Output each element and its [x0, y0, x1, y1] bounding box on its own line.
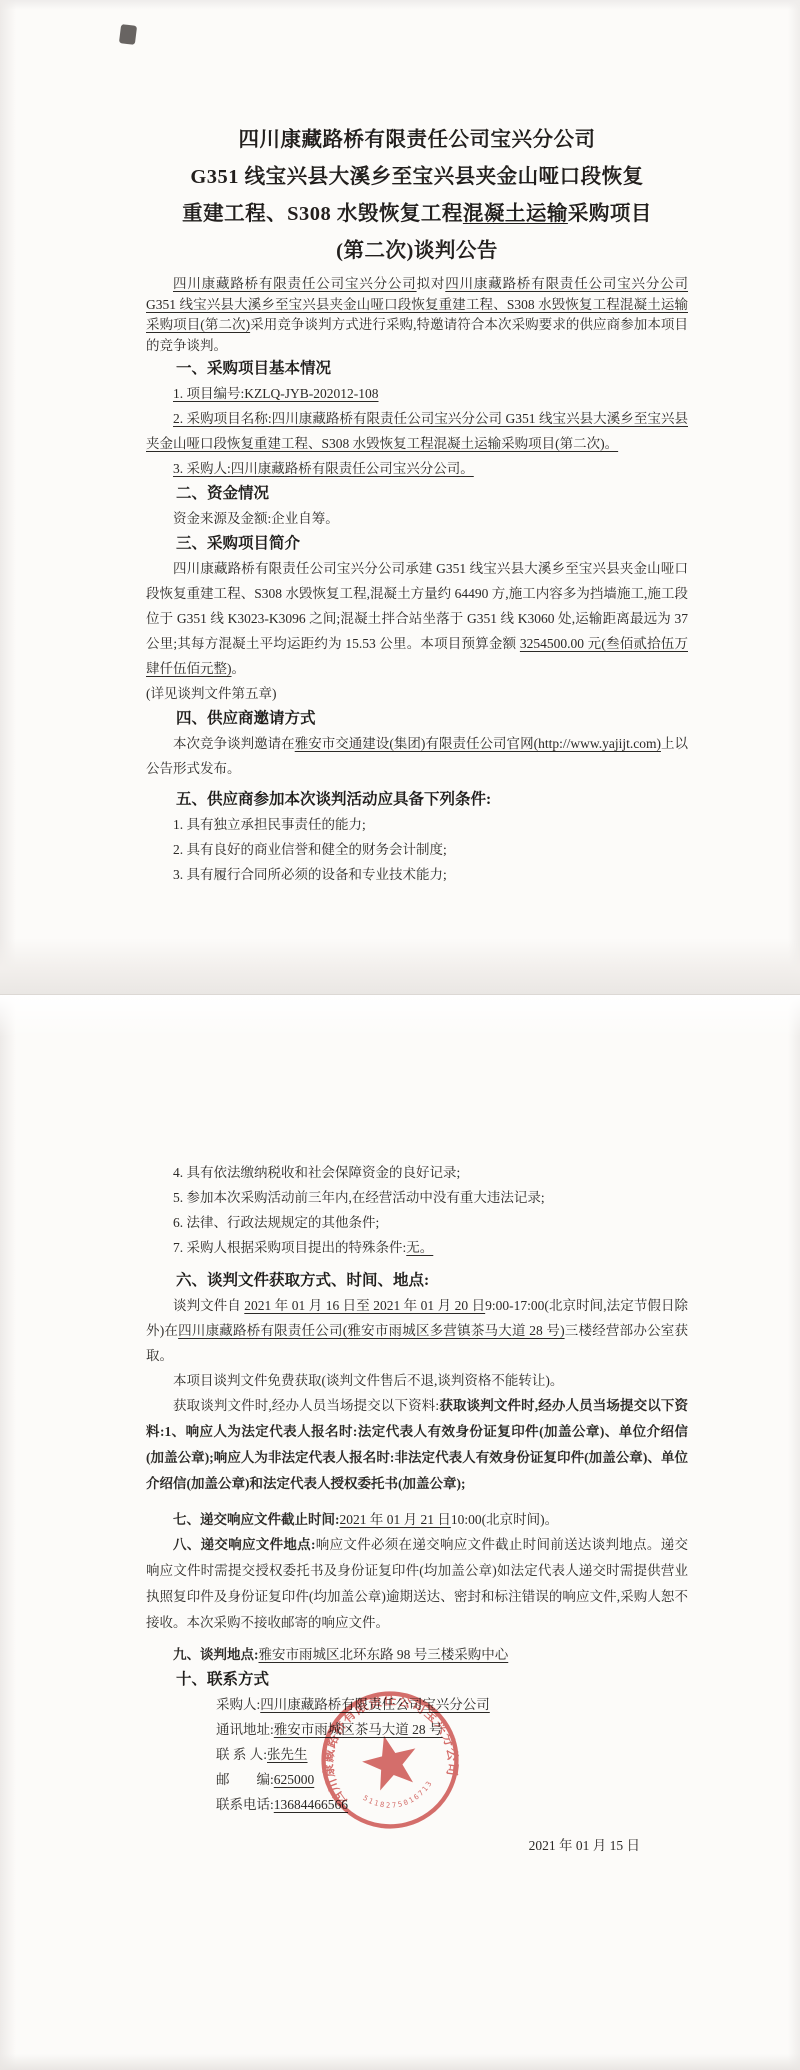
text-segment: 四川康藏路桥有限责任公司宝兴分公司 — [173, 276, 417, 291]
section-1-heading: 一、采购项目基本情况 — [146, 356, 688, 381]
text-segment: 3. 采购人:四川康藏路桥有限责任公司宝兴分公司。 — [173, 461, 474, 476]
text-segment: 获取谈判文件时,经办人员当场提交以下资料: — [173, 1398, 439, 1413]
condition-item-1: 1. 具有独立承担民事责任的能力; — [146, 812, 688, 837]
intro-paragraph: 四川康藏路桥有限责任公司宝兴分公司拟对四川康藏路桥有限责任公司宝兴分公司 G35… — [146, 274, 688, 356]
deadline-line: 七、递交响应文件截止时间:2021 年 01 月 21 日10:00(北京时间)… — [146, 1507, 688, 1532]
doc-obtain-paragraph: 谈判文件自 2021 年 01 月 16 日至 2021 年 01 月 20 日… — [146, 1293, 688, 1368]
text-segment: 九、谈判地点: — [173, 1647, 259, 1662]
text-segment: 2. 采购项目名称:四川康藏路桥有限责任公司宝兴分公司 G351 线宝兴县大溪乡… — [146, 411, 688, 451]
page-seam — [0, 938, 800, 995]
text-segment: 2021 年 01 月 21 日 — [340, 1512, 451, 1527]
text-segment: 张先生 — [267, 1747, 308, 1762]
seal-serial-text: 5118275016713 — [360, 1777, 439, 1818]
text-segment: 雅安市交通建设(集团)有限责任公司官网(http://www.yajijt.co… — [295, 736, 661, 751]
condition-item-3: 3. 具有履行合同所必须的设备和专业技术能力; — [146, 862, 688, 887]
section-5-heading: 五、供应商参加本次谈判活动应具备下列条件: — [146, 787, 688, 812]
purchaser-line: 3. 采购人:四川康藏路桥有限责任公司宝兴分公司。 — [146, 456, 688, 481]
invitation-paragraph: 本次竞争谈判邀请在雅安市交通建设(集团)有限责任公司官网(http://www.… — [146, 731, 688, 781]
text-segment: 625000 — [274, 1772, 315, 1787]
doc-materials-paragraph: 获取谈判文件时,经办人员当场提交以下资料:获取谈判文件时,经办人员当场提交以下资… — [146, 1393, 688, 1497]
scan-artifact-mark — [119, 24, 137, 45]
text-segment: 。 — [232, 661, 246, 676]
text-segment: 联 系 人: — [216, 1747, 267, 1762]
doc-title-line-4: (第二次)谈判公告 — [146, 233, 688, 270]
date-line: 2021 年 01 月 15 日 — [146, 1833, 688, 1858]
text-segment: 采购项目 — [568, 203, 652, 225]
scanned-document: 四川康藏路桥有限责任公司宝兴分公司 G351 线宝兴县大溪乡至宝兴县夹金山哑口段… — [0, 0, 800, 2070]
condition-item-2: 2. 具有良好的商业信誉和健全的财务会计制度; — [146, 837, 688, 862]
text-segment: 7. 采购人根据采购项目提出的特殊条件: — [173, 1240, 406, 1255]
doc-free-paragraph: 本项目谈判文件免费获取(谈判文件售后不退,谈判资格不能转让)。 — [146, 1368, 688, 1393]
page-1-content: 四川康藏路桥有限责任公司宝兴分公司 G351 线宝兴县大溪乡至宝兴县夹金山哑口段… — [146, 122, 688, 887]
text-segment: 联系电话: — [216, 1797, 274, 1812]
project-brief-paragraph: 四川康藏路桥有限责任公司宝兴分公司承建 G351 线宝兴县大溪乡至宝兴县夹金山哑… — [146, 556, 688, 681]
text-segment: 通讯地址: — [216, 1722, 274, 1737]
doc-title-line-2: G351 线宝兴县大溪乡至宝兴县夹金山哑口段恢复 — [146, 159, 688, 196]
project-name-line: 2. 采购项目名称:四川康藏路桥有限责任公司宝兴分公司 G351 线宝兴县大溪乡… — [146, 406, 688, 456]
scan-edge-shadow-bottom — [0, 2054, 800, 2070]
condition-item-4: 4. 具有依法缴纳税收和社会保障资金的良好记录; — [146, 1160, 688, 1185]
text-segment: 雅安市雨城区北环东路 98 号三楼采购中心 — [259, 1647, 509, 1662]
submission-location-paragraph: 八、递交响应文件地点:响应文件必须在递交响应文件截止时间前送达谈判地点。递交响应… — [146, 1532, 688, 1636]
text-segment: 八、递交响应文件地点: — [173, 1537, 315, 1552]
section-2-heading: 二、资金情况 — [146, 481, 688, 506]
section-4-heading: 四、供应商邀请方式 — [146, 706, 688, 731]
funding-line: 资金来源及金额:企业自筹。 — [146, 506, 688, 531]
project-number-line: 1. 项目编号:KZLQ-JYB-202012-108 — [146, 381, 688, 406]
section-3-heading: 三、采购项目简介 — [146, 531, 688, 556]
text-segment: 混凝土运输 — [463, 203, 568, 225]
text-segment: 10:00(北京时间)。 — [451, 1512, 558, 1527]
page-2-top-edge — [0, 995, 800, 1037]
condition-item-5: 5. 参加本次采购活动前三年内,在经营活动中没有重大违法记录; — [146, 1185, 688, 1210]
text-segment: 四川康藏路桥有限责任公司(雅安市雨城区多营镇茶马大道 28 号) — [178, 1323, 564, 1338]
doc-title-line-3: 重建工程、S308 水毁恢复工程混凝土运输采购项目 — [146, 196, 688, 233]
star-icon — [357, 1729, 423, 1793]
negotiation-location-line: 九、谈判地点:雅安市雨城区北环东路 98 号三楼采购中心 — [146, 1642, 688, 1667]
doc-title-line-1: 四川康藏路桥有限责任公司宝兴分公司 — [146, 122, 688, 159]
text-segment: 采购人: — [216, 1697, 260, 1712]
scan-edge-shadow-top — [0, 0, 800, 10]
text-segment: 本次竞争谈判邀请在 — [173, 736, 295, 751]
text-segment: 拟对 — [417, 276, 446, 291]
section-6-heading: 六、谈判文件获取方式、时间、地点: — [146, 1268, 688, 1293]
condition-item-7: 7. 采购人根据采购项目提出的特殊条件:无。 — [146, 1235, 688, 1260]
brief-note-line: (详见谈判文件第五章) — [146, 681, 688, 706]
text-segment: 邮 编: — [216, 1772, 274, 1787]
text-segment: 1. 项目编号:KZLQ-JYB-202012-108 — [173, 386, 379, 401]
text-segment: 2021 年 01 月 16 日至 2021 年 01 月 20 日 — [244, 1298, 485, 1313]
text-segment: 谈判文件自 — [173, 1298, 244, 1313]
text-segment: 无。 — [406, 1240, 433, 1255]
text-segment: 七、递交响应文件截止时间: — [173, 1512, 340, 1527]
condition-item-6: 6. 法律、行政法规规定的其他条件; — [146, 1210, 688, 1235]
text-segment: 重建工程、S308 水毁恢复工程 — [182, 203, 463, 225]
